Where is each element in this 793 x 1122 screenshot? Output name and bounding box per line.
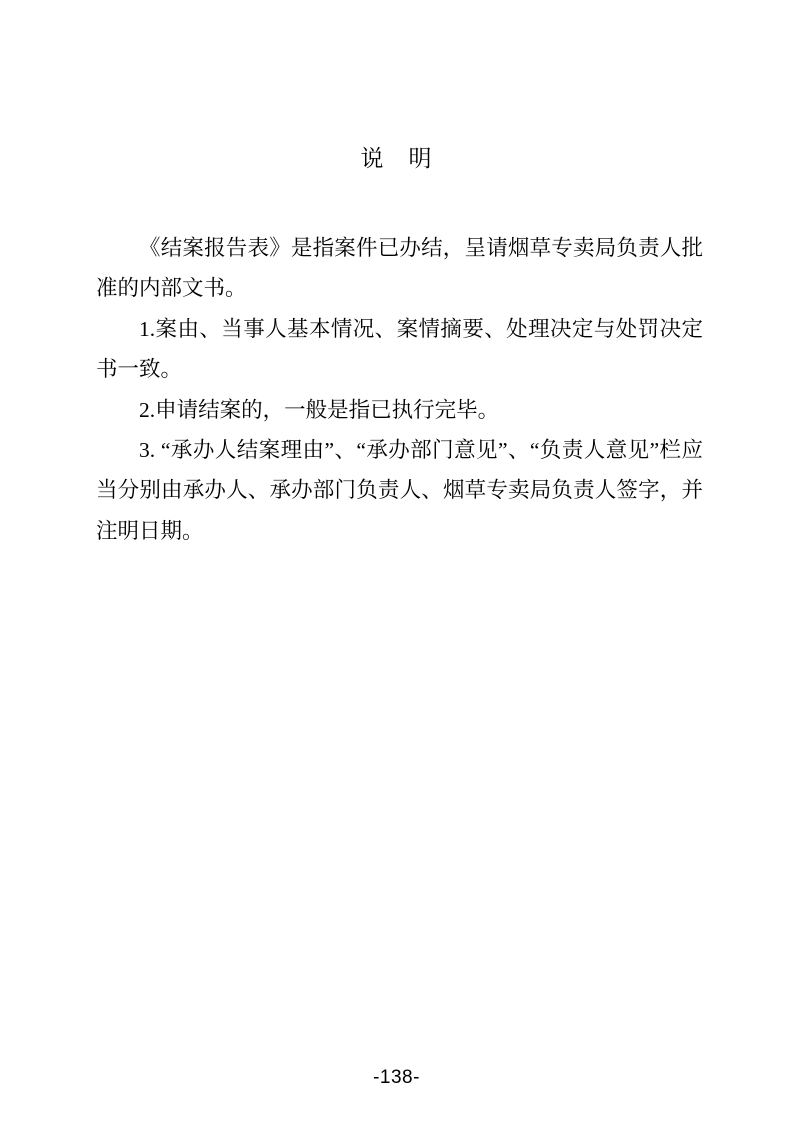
- document-page: 说 明 《结案报告表》是指案件已办结，呈请烟草专卖局负责人批准的内部文书。 1.…: [0, 0, 793, 1122]
- page-number: -138-: [0, 1066, 793, 1090]
- document-body: 《结案报告表》是指案件已办结，呈请烟草专卖局负责人批准的内部文书。 1.案由、当…: [96, 228, 703, 551]
- paragraph-item-2: 2.申请结案的，一般是指已执行完毕。: [96, 390, 703, 430]
- paragraph-item-3: 3. “承办人结案理由”、“承办部门意见”、“负责人意见”栏应当分别由承办人、承…: [96, 430, 703, 551]
- page-title: 说 明: [0, 145, 793, 172]
- paragraph-intro: 《结案报告表》是指案件已办结，呈请烟草专卖局负责人批准的内部文书。: [96, 228, 703, 309]
- paragraph-item-1: 1.案由、当事人基本情况、案情摘要、处理决定与处罚决定书一致。: [96, 309, 703, 390]
